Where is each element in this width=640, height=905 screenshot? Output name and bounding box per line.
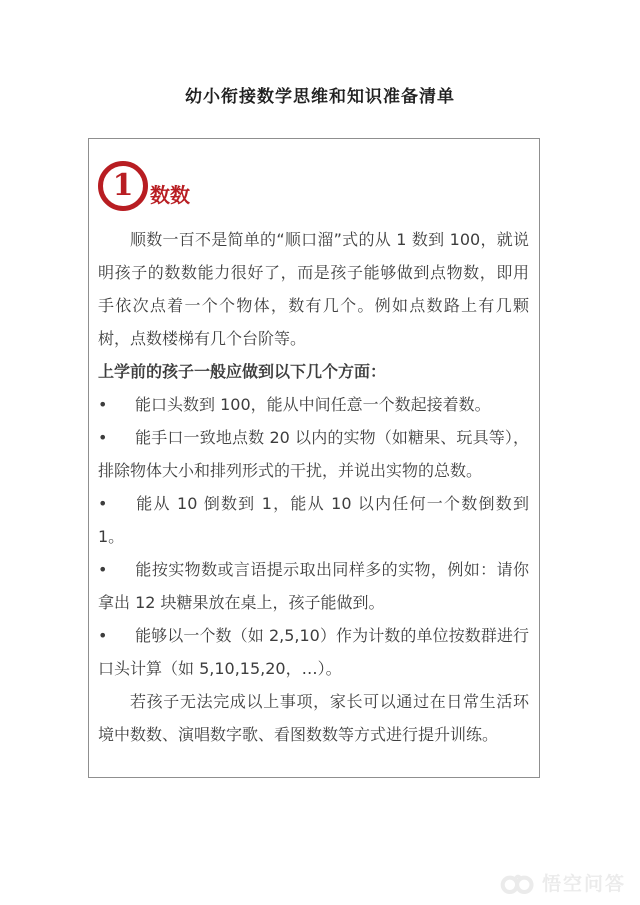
outro-paragraph: 若孩子无法完成以上事项，家长可以通过在日常生活环境中数数、演唱数字歌、看图数数等… (98, 685, 529, 751)
checklist-item-text: 能从 10 倒数到 1，能从 10 以内任何一个数倒数到 1。 (98, 494, 529, 546)
checklist-item: •能够以一个数（如 2,5,10）作为计数的单位按数群进行口头计算（如 5,10… (98, 619, 529, 685)
checklist-item: •能口头数到 100，能从中间任意一个数起接着数。 (98, 388, 529, 421)
checklist-subheading: 上学前的孩子一般应做到以下几个方面： (98, 355, 529, 388)
watermark-text: 悟空问答 (542, 869, 626, 896)
checklist-item: •能从 10 倒数到 1，能从 10 以内任何一个数倒数到 1。 (98, 487, 529, 553)
section-body: 顺数一百不是简单的“顺口溜”式的从 1 数到 100，就说明孩子的数数能力很好了… (98, 223, 529, 751)
checklist-item-text: 能按实物数或言语提示取出同样多的实物，例如：请你拿出 12 块糖果放在桌上，孩子… (98, 560, 529, 612)
bullet-icon: • (98, 388, 135, 421)
checklist-item: •能按实物数或言语提示取出同样多的实物，例如：请你拿出 12 块糖果放在桌上，孩… (98, 553, 529, 619)
checklist-item-text: 能口头数到 100，能从中间任意一个数起接着数。 (135, 395, 491, 414)
wukong-logo-icon (500, 871, 536, 895)
section-heading: 1 数数 (98, 161, 529, 211)
bullet-icon: • (98, 553, 135, 586)
intro-paragraph: 顺数一百不是简单的“顺口溜”式的从 1 数到 100，就说明孩子的数数能力很好了… (98, 223, 529, 355)
watermark: 悟空问答 (500, 869, 626, 896)
circled-number-icon: 1 (98, 161, 148, 211)
section-number: 1 (113, 171, 134, 201)
bullet-icon: • (98, 487, 135, 520)
bullet-icon: • (98, 421, 135, 454)
checklist-item: •能手口一致地点数 20 以内的实物（如糖果、玩具等），排除物体大小和排列形式的… (98, 421, 529, 487)
page-title: 幼小衔接数学思维和知识准备清单 (0, 0, 640, 107)
content-box: 1 数数 顺数一百不是简单的“顺口溜”式的从 1 数到 100，就说明孩子的数数… (88, 138, 540, 778)
checklist-item-text: 能手口一致地点数 20 以内的实物（如糖果、玩具等），排除物体大小和排列形式的干… (98, 428, 529, 480)
section-title: 数数 (148, 179, 190, 211)
checklist-item-text: 能够以一个数（如 2,5,10）作为计数的单位按数群进行口头计算（如 5,10,… (98, 626, 529, 678)
bullet-icon: • (98, 619, 135, 652)
